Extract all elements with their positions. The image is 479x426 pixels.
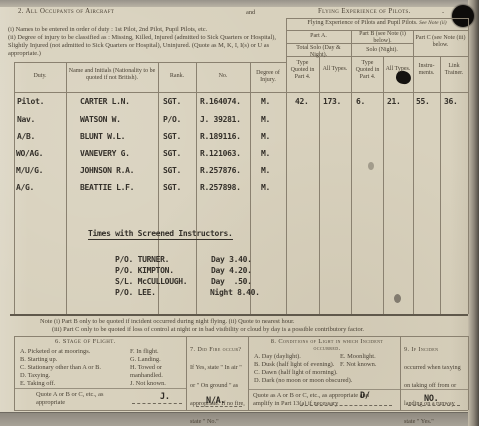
light-item: D. Dark (no moon or moon obscured). <box>254 377 366 385</box>
fire-section: 7. Did Fire occur? If Yes, state " In ai… <box>190 338 245 426</box>
light-item: E. Moonlight. <box>340 353 396 361</box>
cell-duty: WO/AG. <box>16 149 43 158</box>
page-header-left: 2. All Occupants of Aircraft <box>18 8 114 15</box>
cell-injury: M. <box>261 97 270 106</box>
col-header-rank: Rank. <box>159 73 195 80</box>
page-header-right: Flying Experience of Pilots. <box>318 8 411 15</box>
col-header-all-a: All Types. <box>320 66 350 73</box>
grid-line <box>14 62 286 63</box>
grid-line <box>248 336 249 410</box>
part-a-subheader: Total Solo (Day & Night). <box>287 45 350 59</box>
cell-no: R.121063. <box>200 149 241 158</box>
col-header-injury: Degree of Injury. <box>251 70 285 84</box>
fill-in-line <box>132 403 182 404</box>
stage-item: B. Starting up. <box>20 356 126 364</box>
cell-all-b: 21. <box>387 97 401 106</box>
grid-line <box>186 336 187 410</box>
cell-link-trainer: 36. <box>444 97 458 106</box>
runway-section: 9. If Inciden occurred when taxying on t… <box>404 338 464 426</box>
scanned-aircrew-form: 2. All Occupants of Aircraft and Flying … <box>0 0 479 426</box>
smudge <box>368 162 374 170</box>
cell-duty: Pilot. <box>17 97 44 106</box>
instructor-name: S/L. McCULLOUGH. <box>115 277 187 286</box>
fire-title-caps: 7. Did Fire occur? <box>190 346 242 353</box>
col-header-no: No. <box>197 73 249 80</box>
cell-name: VANEVERY G. <box>80 149 130 158</box>
instructor-name: P/O. LEE. <box>115 288 156 297</box>
bottom-note-1: Note (i) Part B only to be quoted if inc… <box>40 318 460 326</box>
grid-line <box>14 62 15 314</box>
cell-rank: SGT. <box>163 183 181 192</box>
experience-title: Flying Experience of Pilots and Pupil Pi… <box>288 20 466 27</box>
runway-title-caps: 9. If Inciden <box>404 346 438 353</box>
grid-line <box>14 388 186 389</box>
cell-name: WATSON W. <box>80 115 121 124</box>
cell-rank: SGT. <box>163 149 181 158</box>
cell-duty: A/B. <box>17 132 35 141</box>
grid-line <box>351 30 352 314</box>
light-item: C. Dawn (half light of morning). <box>254 369 362 377</box>
cell-no: R.164074. <box>200 97 241 106</box>
cell-duty: A/G. <box>16 183 34 192</box>
cell-no: J. 39281. <box>200 115 241 124</box>
grid-line <box>468 18 469 314</box>
cell-type-a: 42. <box>295 97 309 106</box>
col-header-type-a: Type Quoted in Part 4. <box>288 60 317 80</box>
part-c-header: Part C (see Note (iii) below. <box>414 35 467 49</box>
grid-line <box>383 56 384 314</box>
fill-in-line <box>300 405 392 406</box>
instructor-name: P/O. KIMPTON. <box>115 266 174 275</box>
stage-item: E. Taking off. <box>20 380 126 388</box>
instructor-name: P/O. TURNER. <box>115 255 169 264</box>
bottom-note-2: (iii) Part C only to be quoted if loss o… <box>52 326 466 334</box>
cell-all-a: 173. <box>323 97 341 106</box>
stage-item: C. Stationary other than A or B. <box>20 364 130 372</box>
page-header-mid: and <box>246 9 255 17</box>
page-header-dash: - <box>442 9 444 17</box>
grid-line <box>440 56 441 314</box>
grid-line <box>400 336 401 410</box>
cell-duty: Nav. <box>17 115 35 124</box>
grid-line <box>468 336 469 410</box>
fill-in-line <box>408 405 460 406</box>
cell-rank: SGT. <box>163 166 181 175</box>
fire-title-rest: If Yes, state " In air " or " On ground … <box>190 364 245 425</box>
fire-value: N/A. <box>206 396 225 406</box>
col-header-link-trainer: Link Trainer. <box>441 63 467 77</box>
stage-quote-label: Quote A or B or C, etc., as appropriate <box>36 391 132 407</box>
cell-injury: M. <box>261 149 270 158</box>
stage-item: H. Towed or manhandled. <box>130 364 182 380</box>
stage-item: F. In flight. <box>130 348 184 356</box>
col-header-type-b: Type Quoted in Part 4. <box>353 60 382 80</box>
stage-item: J. Not known. <box>130 380 184 388</box>
light-quote-value: D/ <box>360 391 370 401</box>
cell-type-b: 6. <box>356 97 365 106</box>
instructors-heading: Times with Screened Instructors. <box>88 229 233 240</box>
cell-instruments: 55. <box>416 97 430 106</box>
instructor-time: Day 4.20. <box>211 266 252 275</box>
smudge <box>394 294 401 303</box>
experience-title-note: See Note (ii) <box>419 20 447 26</box>
light-conditions-title: 8. Conditions of Light in which Incident… <box>262 338 392 352</box>
note-names-order: (i) Names to be entered in order of duty… <box>8 26 284 34</box>
grid-line <box>14 92 468 93</box>
grid-line <box>248 389 400 390</box>
part-b-subheader: Solo (Night). <box>352 47 412 54</box>
runway-value: NO. <box>424 394 438 404</box>
note-degree-injury: (ii) Degree of injury to be classified a… <box>8 34 286 58</box>
section-divider <box>10 314 468 316</box>
cell-duty: M/U/G. <box>16 166 43 175</box>
part-a-header: Part A. <box>286 33 351 40</box>
cell-no: R.189116. <box>200 132 241 141</box>
cell-name: BEATTIE L.F. <box>80 183 134 192</box>
col-header-instruments: Instru­ments. <box>414 63 439 77</box>
col-header-name: Name and Initials (Nationality to be quo… <box>68 68 156 82</box>
grid-line <box>196 62 197 314</box>
instructor-time: Day .50. <box>211 277 252 286</box>
instructor-time: Day 3.40. <box>211 255 252 264</box>
cell-name: BLUNT W.L. <box>80 132 125 141</box>
cell-rank: SGT. <box>163 132 181 141</box>
stage-item: G. Landing. <box>130 356 184 364</box>
page-edge-shadow <box>468 0 479 426</box>
instructor-time: Night 8.40. <box>210 288 260 297</box>
cell-rank: SGT. <box>163 97 181 106</box>
cell-injury: M. <box>261 115 270 124</box>
grid-line <box>14 336 15 410</box>
cell-name: JOHNSON R.A. <box>80 166 134 175</box>
part-b-header: Part B (see Note (i) below). <box>352 31 413 45</box>
col-header-all-b: All Types. <box>384 66 412 73</box>
fill-in-line <box>196 406 242 407</box>
experience-title-text: Flying Experience of Pilots and Pupil Pi… <box>307 19 417 26</box>
grid-line <box>66 62 67 314</box>
stage-quote-value: J. <box>160 392 170 402</box>
light-item: F. Not known. <box>340 361 396 369</box>
cell-injury: M. <box>261 183 270 192</box>
stage-item: A. Picketed or at moorings. <box>20 348 126 356</box>
stage-item: D. Taxying. <box>20 372 126 380</box>
stage-of-flight-title: 6. Stage of Flight. <box>55 338 116 346</box>
cell-injury: M. <box>261 132 270 141</box>
cell-name: CARTER L.N. <box>80 97 130 106</box>
cell-rank: P/O. <box>163 115 181 124</box>
scan-edge-top <box>0 0 479 7</box>
cell-no: R.257898. <box>200 183 241 192</box>
grid-line <box>319 56 320 314</box>
grid-line <box>286 18 287 314</box>
cell-no: R.257876. <box>200 166 241 175</box>
cell-injury: M. <box>261 166 270 175</box>
col-header-duty: Duty. <box>15 73 65 80</box>
